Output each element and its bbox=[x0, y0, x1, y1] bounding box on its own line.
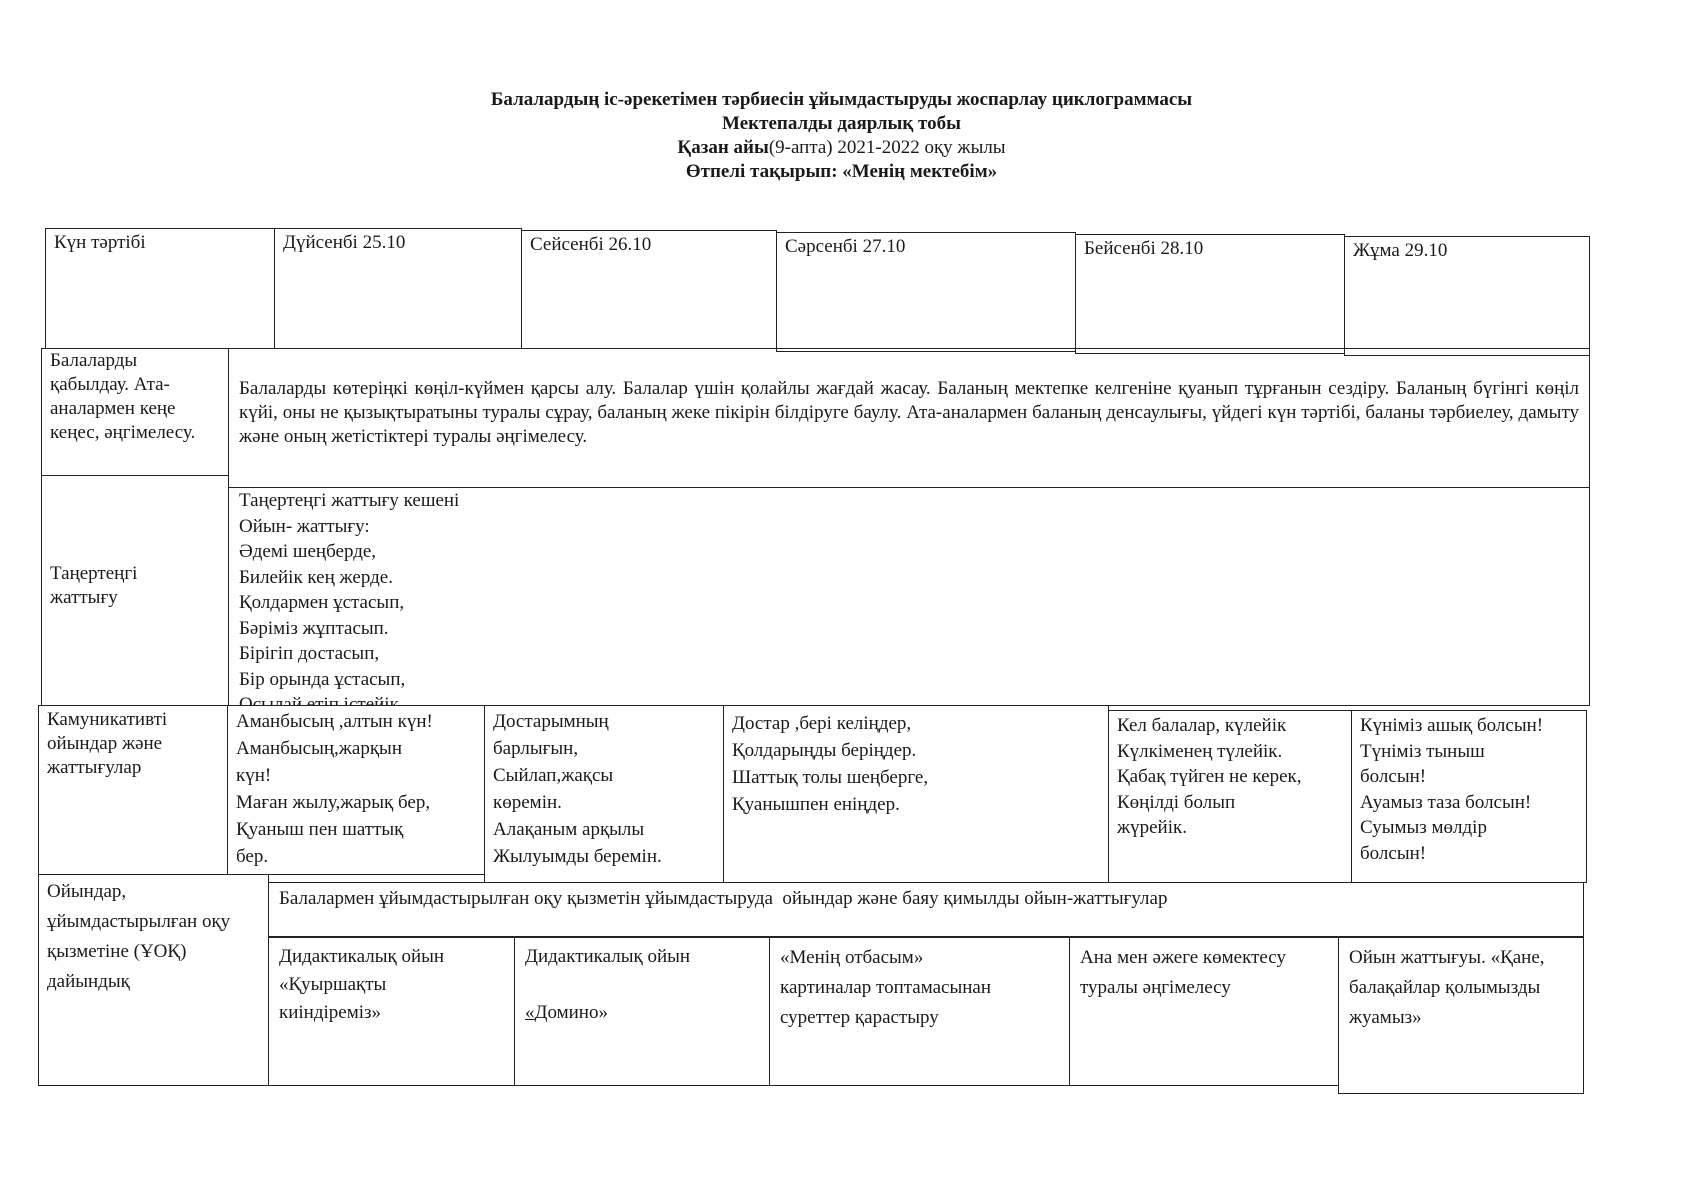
poem-line: Қолдарыңды беріңдер. bbox=[732, 737, 1100, 764]
games-tuesday: Дидактикалық ойын «Домино» bbox=[514, 936, 770, 1086]
activity-line: «Қуыршақты bbox=[279, 971, 504, 999]
poem-line: Қабақ түйген не керек, bbox=[1117, 764, 1343, 790]
activity-line: киіндіреміз» bbox=[279, 999, 504, 1027]
day-header-thursday: Бейсенбі 28.10 bbox=[1075, 234, 1345, 354]
poem-line: болсын! bbox=[1360, 764, 1578, 790]
games-wednesday: «Менің отбасым» картиналар топтамасынан … bbox=[769, 936, 1070, 1086]
day-label: Сәрсенбі 27.10 bbox=[785, 236, 905, 257]
day-label: Жұма 29.10 bbox=[1353, 240, 1447, 261]
poem-line: Алақаным арқылы bbox=[493, 816, 715, 843]
morning-exercise-cell: Таңертеңгі жаттығу кешені Ойын- жаттығу:… bbox=[228, 487, 1590, 706]
period: Қазан айы(9-апта) 2021-2022 оқу жылы bbox=[0, 136, 1683, 160]
games-label: Ойындар, ұйымдастырылған оқу қызметіне (… bbox=[47, 877, 247, 997]
document-title: Балалардың іс-әрекетімен тәрбиесін ұйымд… bbox=[0, 88, 1683, 112]
poem-line: Маған жылу,жарық бер, bbox=[236, 789, 476, 816]
week-year: (9-апта) 2021-2022 оқу жылы bbox=[769, 137, 1006, 158]
poem-line: бер. bbox=[236, 843, 476, 870]
communicative-wednesday: Достар ,бері келіңдер, Қолдарыңды беріңд… bbox=[723, 705, 1109, 883]
poem-line: Достар ,бері келіңдер, bbox=[732, 710, 1100, 737]
day-header-wednesday: Сәрсенбі 27.10 bbox=[776, 232, 1076, 352]
exercise-line: Билейік кең жерде. bbox=[239, 565, 1579, 591]
poem-line: Аманбысың ,алтын күн! bbox=[236, 708, 476, 735]
poem-line: болсын! bbox=[1360, 841, 1578, 867]
communicative-thursday: Кел балалар, күлейік Күлкіменең түлейік.… bbox=[1108, 710, 1352, 883]
activity-line: Ана мен әжеге көмектесу bbox=[1080, 943, 1328, 973]
exercise-line: Әдемі шеңберде, bbox=[239, 539, 1579, 565]
poem-line: Суымыз мөлдір bbox=[1360, 815, 1578, 841]
activity-line: Дидактикалық ойын bbox=[525, 943, 759, 971]
exercise-line: Осылай етіп істейік. bbox=[239, 692, 1579, 706]
communicative-label: Камуникативті ойындар және жаттығулар bbox=[47, 708, 197, 780]
poem-line: жүрейік. bbox=[1117, 815, 1343, 841]
activity-line: Дидактикалық ойын bbox=[279, 943, 504, 971]
games-thursday: Ана мен әжеге көмектесу туралы әңгімелес… bbox=[1069, 936, 1339, 1086]
poem-line: барлығын, bbox=[493, 735, 715, 762]
activity-line: туралы әңгімелесу bbox=[1080, 973, 1328, 1003]
communicative-friday: Күніміз ашық болсын! Түніміз тыныш болсы… bbox=[1351, 710, 1587, 883]
poem-line: Ауамыз таза болсын! bbox=[1360, 790, 1578, 816]
reception-label-cell: Балаларды қабылдау. Ата-аналармен кеңе к… bbox=[41, 348, 229, 476]
poem-line: Түніміз тыныш bbox=[1360, 739, 1578, 765]
schedule-label-cell: Күн тәртібі bbox=[45, 228, 275, 349]
poem-line: Күлкіменең түлейік. bbox=[1117, 739, 1343, 765]
activity-line: картиналар топтамасынан bbox=[780, 973, 1059, 1003]
communicative-label-cell: Камуникативті ойындар және жаттығулар bbox=[38, 705, 228, 875]
day-label: Дүйсенбі 25.10 bbox=[283, 232, 405, 253]
activity-line: Ойын жаттығуы. «Қане, bbox=[1349, 943, 1573, 973]
games-intro-cell: Балалармен ұйымдастырылған оқу қызметін … bbox=[268, 882, 1584, 938]
activity-line: суреттер қарастыру bbox=[780, 1003, 1059, 1033]
poem-line: көремін. bbox=[493, 789, 715, 816]
activity-line-domino: «Домино» bbox=[525, 999, 759, 1027]
poem-line: Аманбысың,жарқын bbox=[236, 735, 476, 762]
poem-line: Шаттық толы шеңберге, bbox=[732, 764, 1100, 791]
communicative-monday: Аманбысың ,алтын күн! Аманбысың,жарқын к… bbox=[227, 705, 485, 875]
exercise-line: Қолдармен ұстасып, bbox=[239, 590, 1579, 616]
poem-line: Күніміз ашық болсын! bbox=[1360, 713, 1578, 739]
reception-text: Балаларды көтеріңкі көңіл-күймен қарсы а… bbox=[239, 377, 1579, 449]
poem-line: Жылуымды беремін. bbox=[493, 843, 715, 870]
activity-line: балақайлар қолымызды bbox=[1349, 973, 1573, 1003]
poem-line: Кел балалар, күлейік bbox=[1117, 713, 1343, 739]
games-label-cell: Ойындар, ұйымдастырылған оқу қызметіне (… bbox=[38, 874, 269, 1086]
poem-line: Қуанышпен еніңдер. bbox=[732, 791, 1100, 818]
schedule-label: Күн тәртібі bbox=[54, 232, 146, 253]
month: Қазан айы bbox=[677, 137, 768, 158]
activity-line: жуамыз» bbox=[1349, 1003, 1573, 1033]
games-monday: Дидактикалық ойын «Қуыршақты киіндіреміз… bbox=[268, 936, 515, 1086]
day-header-tuesday: Сейсенбі 26.10 bbox=[521, 230, 777, 349]
poem-line: күн! bbox=[236, 762, 476, 789]
poem-line: Қуаныш пен шаттық bbox=[236, 816, 476, 843]
reception-label: Балаларды қабылдау. Ата-аналармен кеңе к… bbox=[50, 349, 220, 445]
theme: Өтпелі тақырып: «Менің мектебім» bbox=[0, 160, 1683, 184]
day-header-friday: Жұма 29.10 bbox=[1344, 236, 1590, 356]
activity-line: «Менің отбасым» bbox=[780, 943, 1059, 973]
reception-text-cell: Балаларды көтеріңкі көңіл-күймен қарсы а… bbox=[228, 348, 1590, 488]
exercise-line: Бір орында ұстасып, bbox=[239, 667, 1579, 693]
morning-exercise-label: Таңертеңгі жаттығу bbox=[50, 562, 160, 610]
exercise-line: Ойын- жаттығу: bbox=[239, 514, 1579, 540]
games-intro: Балалармен ұйымдастырылған оқу қызметін … bbox=[279, 887, 1573, 911]
morning-exercise-label-cell: Таңертеңгі жаттығу bbox=[41, 475, 229, 706]
poem-line: Сыйлап,жақсы bbox=[493, 762, 715, 789]
poem-line: Достарымның bbox=[493, 708, 715, 735]
poem-line: Көңілді болып bbox=[1117, 790, 1343, 816]
day-label: Бейсенбі 28.10 bbox=[1084, 238, 1203, 259]
group-name: Мектепалды даярлық тобы bbox=[0, 112, 1683, 136]
exercise-line: Таңертеңгі жаттығу кешені bbox=[239, 488, 1579, 514]
exercise-line: Бірігіп достасып, bbox=[239, 641, 1579, 667]
day-label: Сейсенбі 26.10 bbox=[530, 234, 651, 255]
communicative-tuesday: Достарымның барлығын, Сыйлап,жақсы көрем… bbox=[484, 705, 724, 883]
exercise-line: Бәріміз жұптасып. bbox=[239, 616, 1579, 642]
document-header: Балалардың іс-әрекетімен тәрбиесін ұйымд… bbox=[0, 88, 1683, 184]
day-header-monday: Дүйсенбі 25.10 bbox=[274, 228, 522, 349]
games-friday: Ойын жаттығуы. «Қане, балақайлар қолымыз… bbox=[1338, 936, 1584, 1094]
activity-line bbox=[525, 971, 759, 999]
